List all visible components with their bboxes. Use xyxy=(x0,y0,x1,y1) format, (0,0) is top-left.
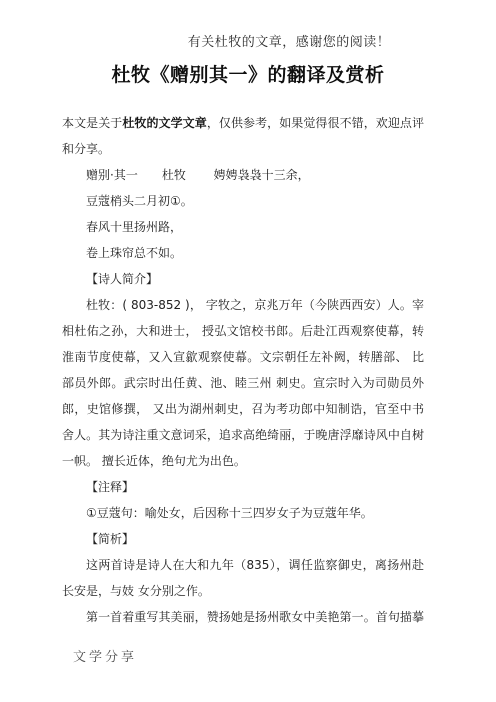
intro-line-1: 本文是关于杜牧的文学文章，仅供参考，如果觉得很不错，欢迎点评 xyxy=(62,110,424,136)
poem-line-2: 豆蔻梢头二月初①。 xyxy=(62,188,424,214)
poem-line-3: 春风十里扬州路， xyxy=(62,214,424,240)
text-segment: 赠别·其一 杜牧 娉娉袅袅十三余， xyxy=(86,168,310,182)
document-page: 有关杜牧的文章，感谢您的阅读！ 杜牧《赠别其一》的翻译及赏析 本文是关于杜牧的文… xyxy=(0,0,496,702)
intro-line-2: 和分享。 xyxy=(62,136,424,162)
page-header-note: 有关杜牧的文章，感谢您的阅读！ xyxy=(0,31,496,50)
text-segment: 长安是，与妓 女分别之作。 xyxy=(62,584,210,598)
text-segment: 郎，史馆修撰， 又出为湖州刺史，召为考功郎中知制诰，官至中书 xyxy=(62,402,424,416)
text-segment: 一帜。 擅长近体，绝句尤为出色。 xyxy=(62,454,246,468)
text-segment: 淮南节度使幕，又入宣歙观察使幕。文宗朝任左补阙，转膳部、 比 xyxy=(62,350,424,364)
bold-text-segment: 杜牧的文学文章 xyxy=(122,116,206,130)
poet-bio-line-4: 部员外郎。武宗时出任黄、池、睦三州 刺史。宣宗时入为司勋员外 xyxy=(62,370,424,396)
text-segment: 部员外郎。武宗时出任黄、池、睦三州 刺史。宣宗时入为司勋员外 xyxy=(62,376,424,390)
text-segment: 春风十里扬州路， xyxy=(86,220,182,234)
poet-bio-line-3: 淮南节度使幕，又入宣歙观察使幕。文宗朝任左补阙，转膳部、 比 xyxy=(62,344,424,370)
poet-bio-line-6: 舍人。其为诗注重文意词采，追求高绝绮丽，于晚唐浮靡诗风中自树 xyxy=(62,422,424,448)
poet-intro-heading: 【诗人简介】 xyxy=(62,266,424,292)
analysis-line-2: 长安是，与妓 女分别之作。 xyxy=(62,578,424,604)
text-segment: 【注释】 xyxy=(86,480,134,494)
poet-bio-line-5: 郎，史馆修撰， 又出为湖州刺史，召为考功郎中知制诰，官至中书 xyxy=(62,396,424,422)
text-segment: 舍人。其为诗注重文意词采，追求高绝绮丽，于晚唐浮靡诗风中自树 xyxy=(62,428,424,442)
text-segment: 卷上珠帘总不如。 xyxy=(86,246,182,260)
text-segment: 相杜佑之孙，大和进士， 授弘文馆校书郎。后赴江西观察使幕，转 xyxy=(62,324,424,338)
notes-heading: 【注释】 xyxy=(62,474,424,500)
document-body: 本文是关于杜牧的文学文章，仅供参考，如果觉得很不错，欢迎点评和分享。赠别·其一 … xyxy=(62,110,424,630)
poem-line-4: 卷上珠帘总不如。 xyxy=(62,240,424,266)
text-segment: 和分享。 xyxy=(62,142,110,156)
text-segment: ①豆蔻句：喻处女，后因称十三四岁女子为豆蔻年华。 xyxy=(86,506,373,520)
text-segment: 杜牧：( 803-852 )， 字牧之，京兆万年（今陕西西安）人。宰 xyxy=(86,298,424,312)
poem-title-line: 赠别·其一 杜牧 娉娉袅袅十三余， xyxy=(62,162,424,188)
text-segment: 第一首着重写其美丽，赞扬她是扬州歌女中美艳第一。首句描摹 xyxy=(86,610,424,624)
text-segment: 这两首诗是诗人在大和九年（835），调任监察御史，离扬州赴 xyxy=(86,558,424,572)
poet-bio-line-7: 一帜。 擅长近体，绝句尤为出色。 xyxy=(62,448,424,474)
text-segment: 【诗人简介】 xyxy=(86,272,158,286)
text-segment: 本文是关于 xyxy=(62,116,122,130)
text-segment: ，仅供参考，如果觉得很不错，欢迎点评 xyxy=(207,116,424,130)
analysis-line-1: 这两首诗是诗人在大和九年（835），调任监察御史，离扬州赴 xyxy=(62,552,424,578)
analysis-heading: 【简析】 xyxy=(62,526,424,552)
analysis-line-3: 第一首着重写其美丽，赞扬她是扬州歌女中美艳第一。首句描摹 xyxy=(62,604,424,630)
text-segment: 【简析】 xyxy=(86,532,134,546)
document-title: 杜牧《赠别其一》的翻译及赏析 xyxy=(0,60,496,87)
page-footer: 文学分享 xyxy=(73,646,137,665)
text-segment: 豆蔻梢头二月初①。 xyxy=(86,194,193,208)
poet-bio-line-2: 相杜佑之孙，大和进士， 授弘文馆校书郎。后赴江西观察使幕，转 xyxy=(62,318,424,344)
poet-bio-line-1: 杜牧：( 803-852 )， 字牧之，京兆万年（今陕西西安）人。宰 xyxy=(62,292,424,318)
note-line-1: ①豆蔻句：喻处女，后因称十三四岁女子为豆蔻年华。 xyxy=(62,500,424,526)
